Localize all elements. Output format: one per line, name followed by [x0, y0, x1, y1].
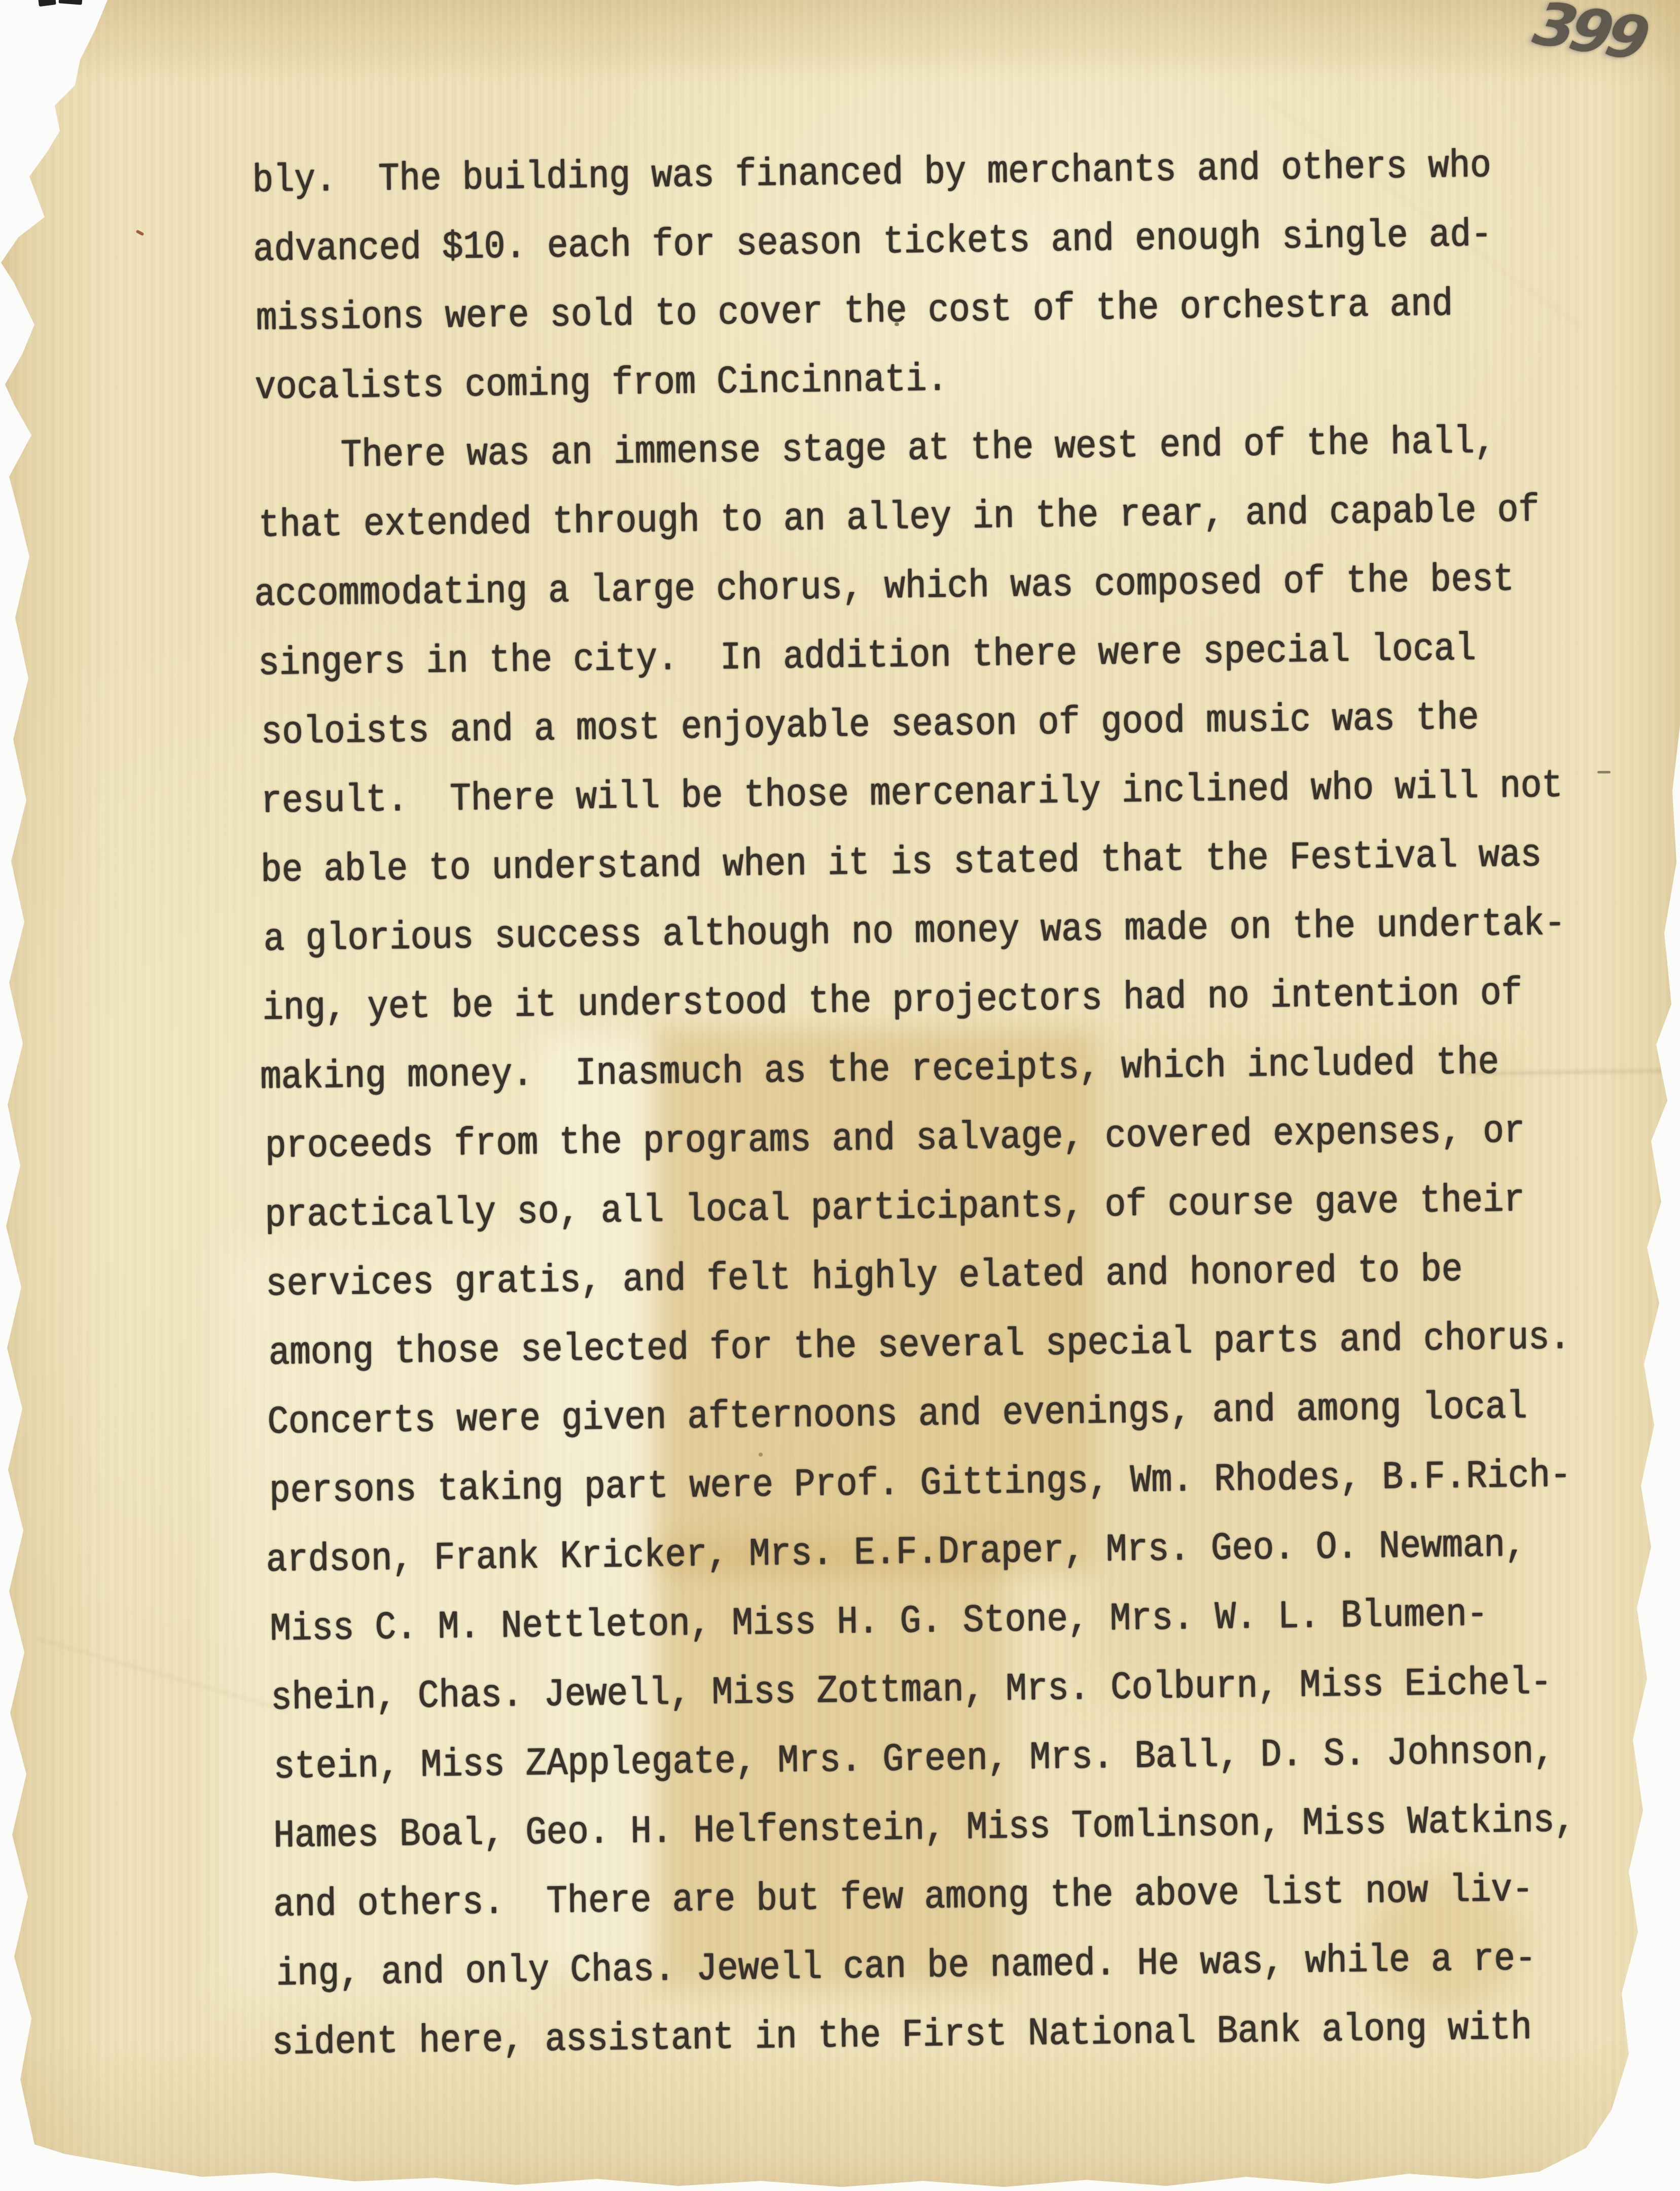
page-number: 399: [1521, 0, 1658, 73]
paper-crease: [35, 1637, 290, 1712]
paper-speck: [136, 230, 145, 236]
cutoff-text-mark: [38, 0, 56, 7]
typed-text: bly. The building was financed by mercha…: [252, 130, 1604, 2078]
paper-sheet: 399 bly. The building was financed by me…: [0, 0, 1680, 2191]
cutoff-text-mark: [59, 0, 83, 5]
stain-top-edge: [0, 0, 1680, 61]
typed-line: sident here, assistant in the First Nati…: [272, 1989, 1604, 2082]
paper-speck: [1597, 771, 1611, 773]
scanned-page: 399 bly. The building was financed by me…: [0, 0, 1680, 2191]
